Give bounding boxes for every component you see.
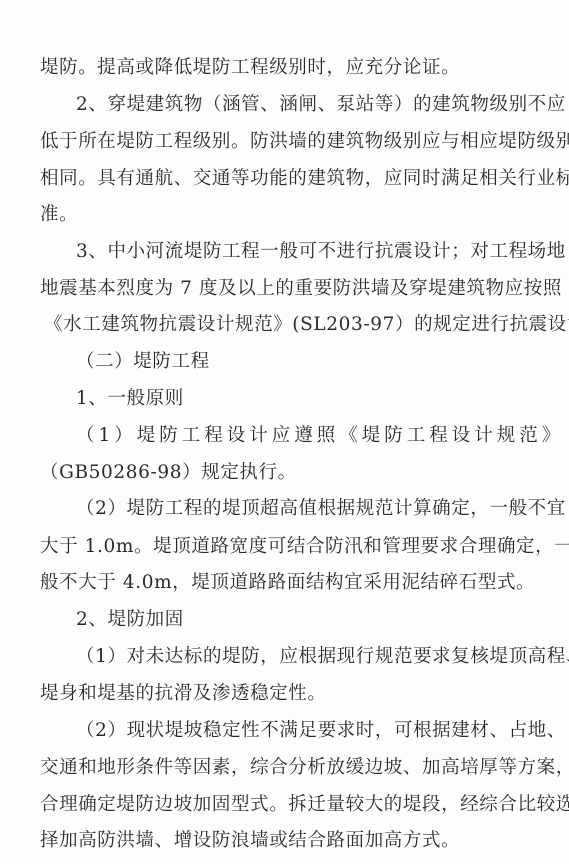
paragraph-line: 合理确定堤防边坡加固型式。拆迁量较大的堤段，经综合比较选 [40, 793, 532, 817]
paragraph-line: 大于 1.0m。堤顶道路宽度可结合防汛和管理要求合理确定，一 [40, 535, 532, 559]
paragraph-line: 3、中小河流堤防工程一般可不进行抗震设计；对工程场地 [76, 240, 532, 264]
subsection-heading: 2、堤防加固 [76, 608, 532, 632]
section-heading: （二）堤防工程 [76, 350, 532, 374]
paragraph-line: 般不大于 4.0m，堤顶道路路面结构宜采用泥结碎石型式。 [40, 571, 532, 595]
paragraph-line: 低于所在堤防工程级别。防洪墙的建筑物级别应与相应堤防级别 [40, 130, 532, 154]
paragraph-line: 择加高防洪墙、增设防浪墙或结合路面加高方式。 [40, 829, 532, 853]
paragraph-line: 准。 [40, 203, 532, 227]
paragraph-line: （1）对未达标的堤防，应根据现行规范要求复核堤顶高程、 [76, 645, 532, 669]
paragraph-line: 《水工建筑物抗震设计规范》(SL203-97）的规定进行抗震设计。 [44, 313, 532, 337]
subsection-heading: 1、一般原则 [76, 387, 532, 411]
document-page: 堤防。提高或降低堤防工程级别时，应充分论证。 2、穿堤建筑物（涵管、涵闸、泵站等… [0, 0, 569, 864]
paragraph-line: （2）堤防工程的堤顶超高值根据规范计算确定，一般不宜 [76, 497, 532, 521]
paragraph-line: 堤防。提高或降低堤防工程级别时，应充分论证。 [40, 56, 532, 80]
paragraph-line: 地震基本烈度为 7 度及以上的重要防洪墙及穿堤建筑物应按照 [40, 277, 532, 301]
paragraph-line: 2、穿堤建筑物（涵管、涵闸、泵站等）的建筑物级别不应 [76, 93, 532, 117]
paragraph-line: （2）现状堤坡稳定性不满足要求时，可根据建材、占地、 [76, 719, 532, 743]
paragraph-line: 堤身和堤基的抗滑及渗透稳定性。 [40, 682, 532, 706]
paragraph-line: （GB50286-98）规定执行。 [40, 461, 532, 485]
paragraph-line: 相同。具有通航、交通等功能的建筑物，应同时满足相关行业标 [40, 167, 532, 191]
paragraph-line: （1）堤防工程设计应遵照《堤防工程设计规范》 [76, 424, 532, 448]
paragraph-line: 交通和地形条件等因素，综合分析放缓边坡、加高培厚等方案， [40, 756, 532, 780]
